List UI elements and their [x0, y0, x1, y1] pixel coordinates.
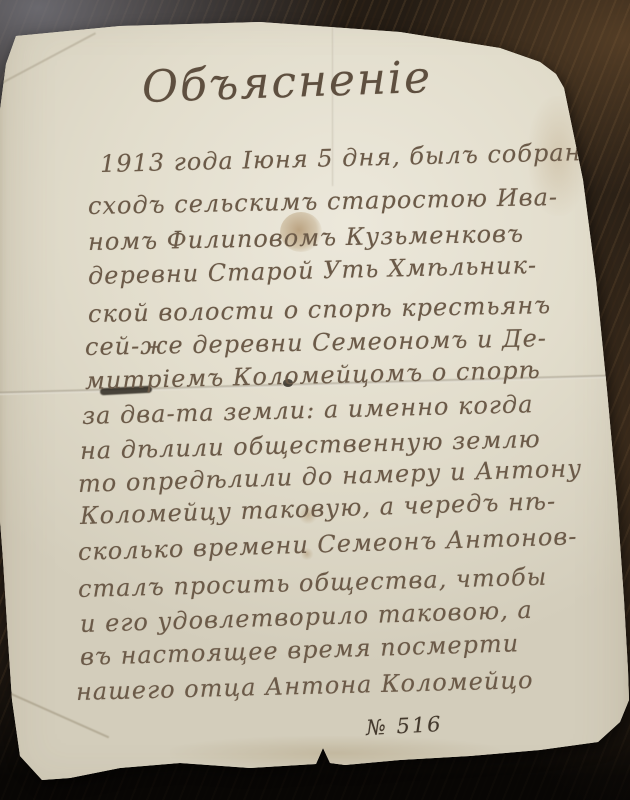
document-paper-wrapper: Объясненіе 1913 года Іюня 5 дня, былъ со… [0, 0, 630, 800]
handwritten-line: митріемъ Коломейцомъ о спорѣ [85, 356, 541, 395]
handwritten-line: 1913 года Іюня 5 дня, былъ собранной [100, 137, 630, 178]
wood-table-background: Объясненіе 1913 года Іюня 5 дня, былъ со… [0, 0, 630, 800]
handwritten-line: номъ Филиповомъ Кузьменковъ [88, 220, 525, 256]
handwritten-line: за два-та земли: а именно когда [82, 390, 534, 430]
handwritten-line: ской волости о спорѣ крестьянъ [88, 291, 552, 328]
document-title: Объясненіе [141, 52, 433, 113]
handwritten-line: сей-же деревни Семеономъ и Де- [85, 324, 547, 361]
document-paper: Объясненіе 1913 года Іюня 5 дня, былъ со… [0, 0, 630, 800]
document-number: № 516 [365, 712, 443, 740]
handwritten-line: деревни Старой Уть Хмѣльник- [88, 251, 538, 290]
top-left-corner-crease [0, 32, 96, 85]
bottom-edge-stain [170, 736, 500, 770]
handwritten-line: нашего отца Антона Коломейцо [76, 666, 534, 706]
handwritten-line: сходъ сельскимъ старостою Ива- [88, 183, 559, 220]
handwritten-line: сколько времени Семеонъ Антонов- [78, 522, 578, 566]
